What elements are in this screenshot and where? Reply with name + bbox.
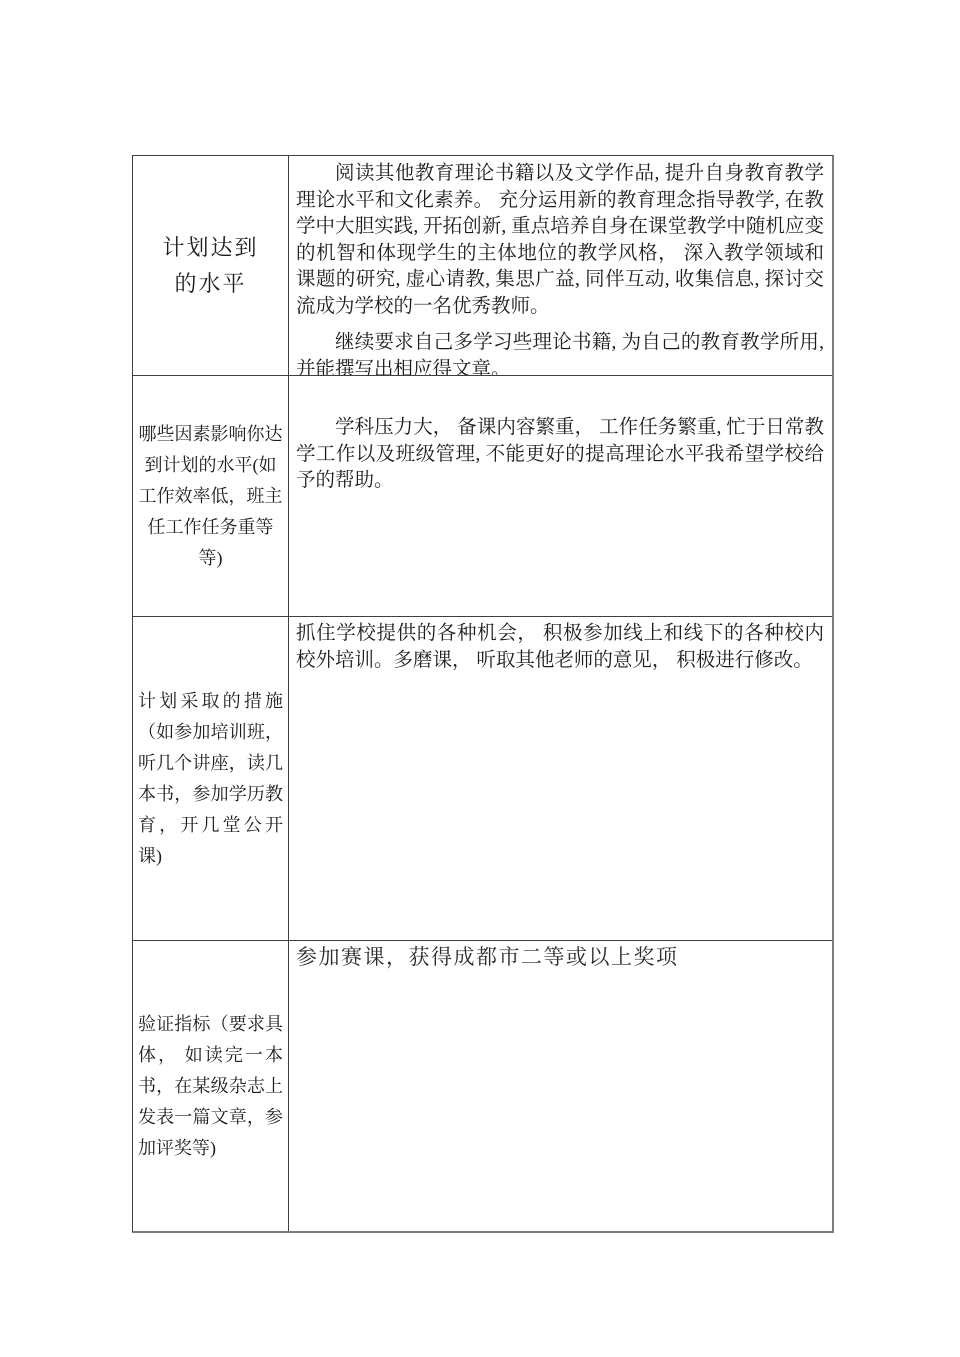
plan-level-paragraph-2: 继续要求自己多学习些理论书籍, 为自己的教育教学所用, 并能撰写出相应得文章。 — [296, 330, 824, 375]
header-label-verification-indicators: 验证指标（要求具体， 如读完一本书，在某级杂志上发表一篇文章，参加评奖等) — [138, 1009, 283, 1164]
header-cell-verification-indicators: 验证指标（要求具体， 如读完一本书，在某级杂志上发表一篇文章，参加评奖等) — [133, 941, 289, 1231]
table-row-influencing-factors: 哪些因素影响你达到计划的水平(如工作效率低，班主任工作任务重等等) 学科压力大，… — [133, 376, 832, 617]
body-cell-influencing-factors: 学科压力大， 备课内容繁重， 工作任务繁重, 忙于日常教学工作以及班级管理, 不… — [289, 376, 832, 616]
table-row-verification-indicators: 验证指标（要求具体， 如读完一本书，在某级杂志上发表一篇文章，参加评奖等) 参加… — [133, 941, 832, 1231]
table-row-planned-measures: 计划采取的措施（如参加培训班，听几个讲座，读几本书，参加学历教育，开几堂公开课)… — [133, 617, 832, 941]
header-label-influencing-factors: 哪些因素影响你达到计划的水平(如工作效率低，班主任工作任务重等等) — [138, 419, 283, 574]
body-cell-planned-measures: 抓住学校提供的各种机会， 积极参加线上和线下的各种校内校外培训。多磨课， 听取其… — [289, 617, 832, 940]
plan-level-paragraph-1: 阅读其他教育理论书籍以及文学作品, 提升自身教育教学理论水平和文化素养。 充分运… — [296, 161, 824, 320]
header-cell-influencing-factors: 哪些因素影响你达到计划的水平(如工作效率低，班主任工作任务重等等) — [133, 376, 289, 616]
header-cell-planned-measures: 计划采取的措施（如参加培训班，听几个讲座，读几本书，参加学历教育，开几堂公开课) — [133, 617, 289, 940]
verification-indicators-paragraph: 参加赛课，获得成都市二等或以上奖项 — [296, 944, 824, 971]
planned-measures-paragraph: 抓住学校提供的各种机会， 积极参加线上和线下的各种校内校外培训。多磨课， 听取其… — [296, 621, 824, 674]
header-label-planned-measures: 计划采取的措施（如参加培训班，听几个讲座，读几本书，参加学历教育，开几堂公开课) — [138, 686, 283, 872]
table-row-plan-level: 计划达到 的水平 阅读其他教育理论书籍以及文学作品, 提升自身教育教学理论水平和… — [133, 156, 832, 376]
body-cell-verification-indicators: 参加赛课，获得成都市二等或以上奖项 — [289, 941, 832, 1231]
header-cell-plan-level: 计划达到 的水平 — [133, 156, 289, 375]
header-label-plan-level: 计划达到 的水平 — [138, 230, 283, 302]
influencing-factors-paragraph: 学科压力大， 备课内容繁重， 工作任务繁重, 忙于日常教学工作以及班级管理, 不… — [296, 415, 824, 495]
development-plan-table: 计划达到 的水平 阅读其他教育理论书籍以及文学作品, 提升自身教育教学理论水平和… — [132, 155, 834, 1233]
body-cell-plan-level: 阅读其他教育理论书籍以及文学作品, 提升自身教育教学理论水平和文化素养。 充分运… — [289, 156, 832, 375]
